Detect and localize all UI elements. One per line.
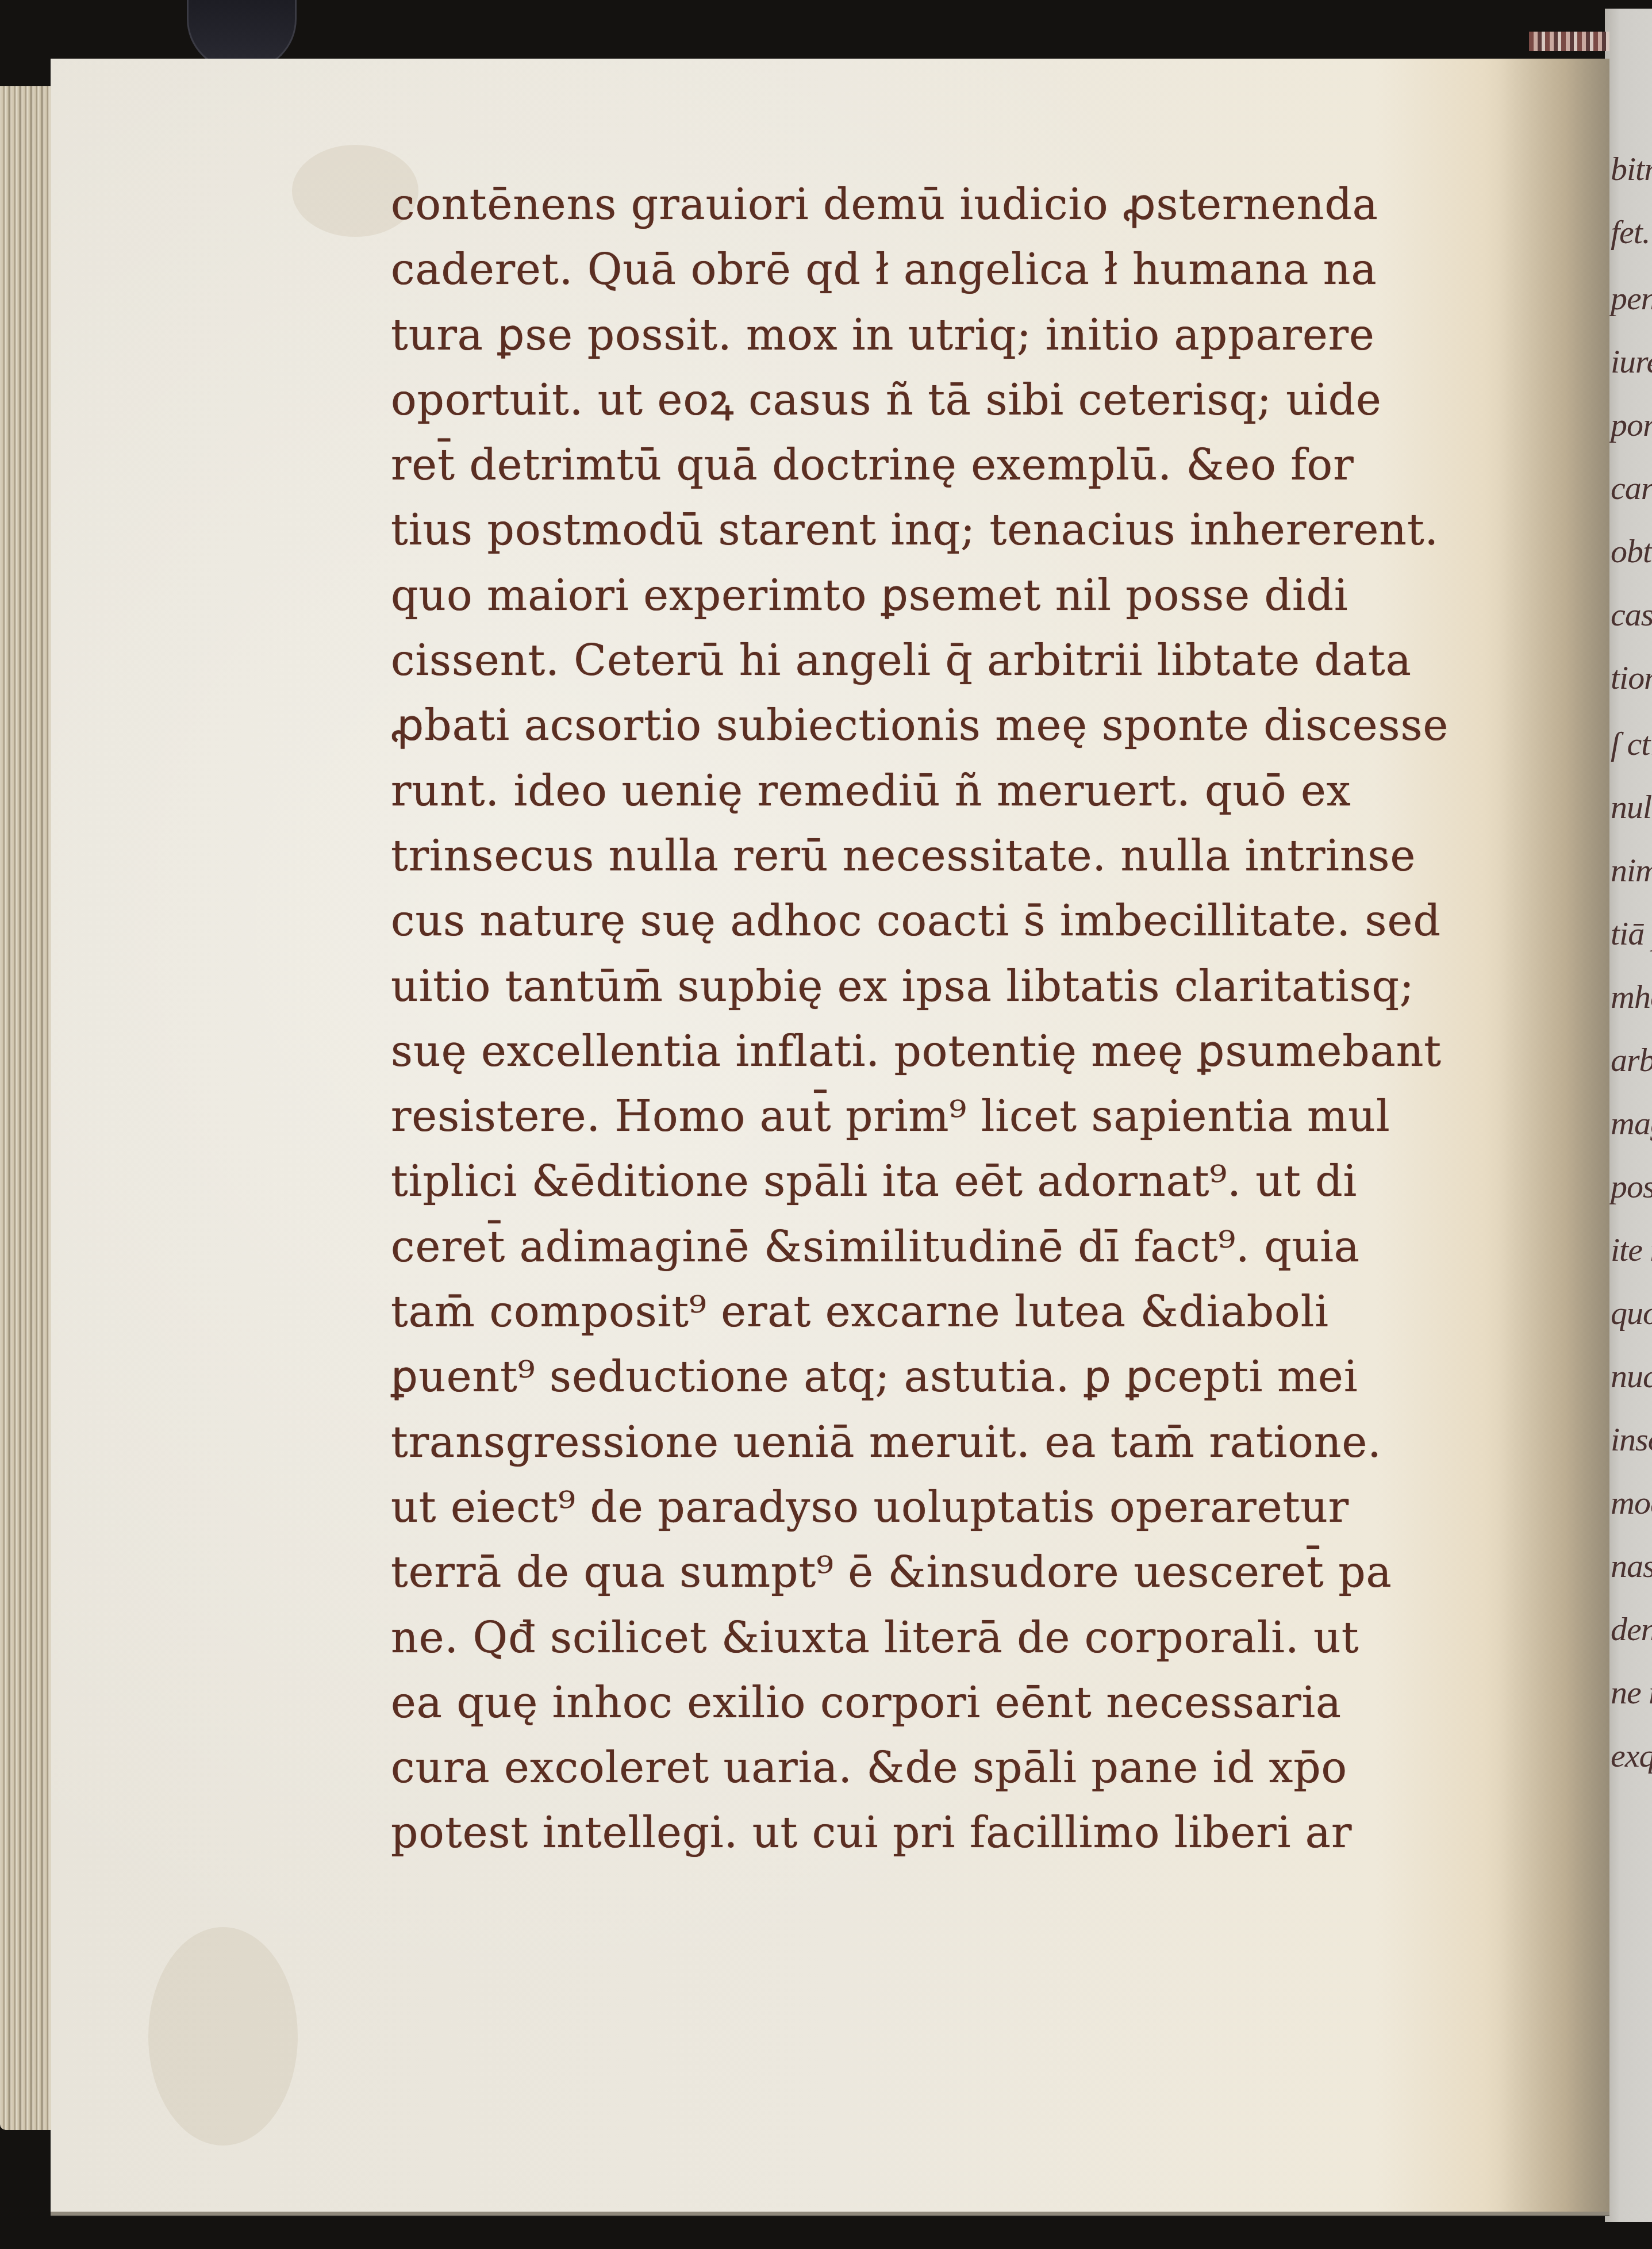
facing-line: penite (1611, 279, 1652, 317)
text-line: oportuit. ut eoꝝ casus ñ tā sibi ceteris… (391, 368, 1517, 433)
facing-line: fet. a (1611, 213, 1652, 251)
text-line: ret̄ detrimtū quā doctrinę exemplū. &eo … (391, 433, 1517, 498)
facing-line: denega (1611, 1610, 1652, 1648)
facing-line: tionis (1611, 658, 1652, 697)
text-line: quo maiori experimto ꝑsemet nil posse di… (391, 563, 1517, 628)
facing-line: carnis (1611, 469, 1652, 507)
text-line: tura ꝑse possit. mox in utriq; initio ap… (391, 303, 1517, 368)
facing-line: nas cua (1611, 1546, 1652, 1585)
facing-line: pore (1611, 405, 1652, 444)
facing-line: cas nis (1611, 595, 1652, 634)
facing-line: tiā pui (1611, 914, 1652, 953)
text-line: terrā de qua sumpt⁹ ē &insudore uesceret… (391, 1540, 1517, 1605)
text-line: cissent. Ceterū hi angeli q̄ arbitrii li… (391, 628, 1517, 693)
text-line: cus naturę suę adhoc coacti s̄ imbecilli… (391, 889, 1517, 954)
text-line: contēnens grauiori demū iudicio ꝓsternen… (391, 172, 1517, 237)
text-line: uitio tantūm̄ supbię ex ipsa libtatis cl… (391, 954, 1517, 1019)
text-line: transgressione ueniā meruit. ea tam̄ rat… (391, 1410, 1517, 1475)
facing-line: nuc usq (1611, 1357, 1652, 1395)
page-stack-fore-edge (0, 86, 57, 2130)
facing-line: iures (1611, 342, 1652, 381)
facing-line: modis (1611, 1483, 1652, 1522)
text-line: runt. ideo uenię remediū ñ meruert. quō … (391, 759, 1517, 824)
text-line: ꝑuent⁹ seductione atq; astutia. ꝑ ꝑcepti… (391, 1345, 1517, 1410)
text-line: cura excoleret uaria. &de spāli pane id … (391, 1736, 1517, 1801)
text-line: ꝓbati acsortio subiectionis meę sponte d… (391, 693, 1517, 758)
facing-line: magni (1611, 1104, 1652, 1142)
text-line: ceret̄ adimaginē &similitudinē dī fact⁹.… (391, 1215, 1517, 1280)
text-line: tam̄ composit⁹ erat excarne lutea &diabo… (391, 1280, 1517, 1345)
manuscript-text-block: contēnens grauiori demū iudicio ꝓsternen… (391, 172, 1517, 1866)
facing-line: ite mo (1611, 1230, 1652, 1269)
facing-line: arbitra (1611, 1041, 1652, 1079)
facing-line: quoq; (1611, 1294, 1652, 1332)
facing-line: bitri (1611, 149, 1652, 188)
facing-line: insolu (1611, 1420, 1652, 1459)
text-line: trinsecus nulla rerū necessitate. nulla … (391, 824, 1517, 889)
facing-line: ne mag (1611, 1673, 1652, 1711)
facing-line: possit (1611, 1167, 1652, 1206)
facing-line: nimet f (1611, 851, 1652, 889)
facing-line: ſ ctiā (1611, 724, 1652, 763)
text-line: tiplici &ēditione spāli ita eēt adornat⁹… (391, 1149, 1517, 1214)
text-line: ut eiect⁹ de paradyso uoluptatis operare… (391, 1475, 1517, 1540)
binding-edge-top (1529, 32, 1609, 51)
text-line: tius postmodū starent inq; tenacius inhe… (391, 498, 1517, 563)
manuscript-scan: bitri fet. a penite iures pore carnis ob… (0, 0, 1652, 2249)
facing-line: mhom (1611, 977, 1652, 1016)
text-line: caderet. Quā obrē qd ł angelica ł humana… (391, 237, 1517, 302)
text-line: suę excellentia inflati. potentię meę ꝑs… (391, 1019, 1517, 1084)
facing-recto-page: bitri fet. a penite iures pore carnis ob… (1605, 9, 1652, 2222)
facing-line: obtine (1611, 532, 1652, 570)
text-line: resistere. Homo aut̄ prim⁹ licet sapient… (391, 1084, 1517, 1149)
parchment-stain (148, 1927, 298, 2146)
facing-line: nulla c (1611, 788, 1652, 826)
text-line: ne. Qđ scilicet &iuxta literā de corpora… (391, 1606, 1517, 1671)
text-line: potest intellegi. ut cui pri facillimo l… (391, 1801, 1517, 1866)
text-line: ea quę inhoc exilio corpori eēnt necessa… (391, 1671, 1517, 1736)
facing-line: exqren (1611, 1736, 1652, 1775)
